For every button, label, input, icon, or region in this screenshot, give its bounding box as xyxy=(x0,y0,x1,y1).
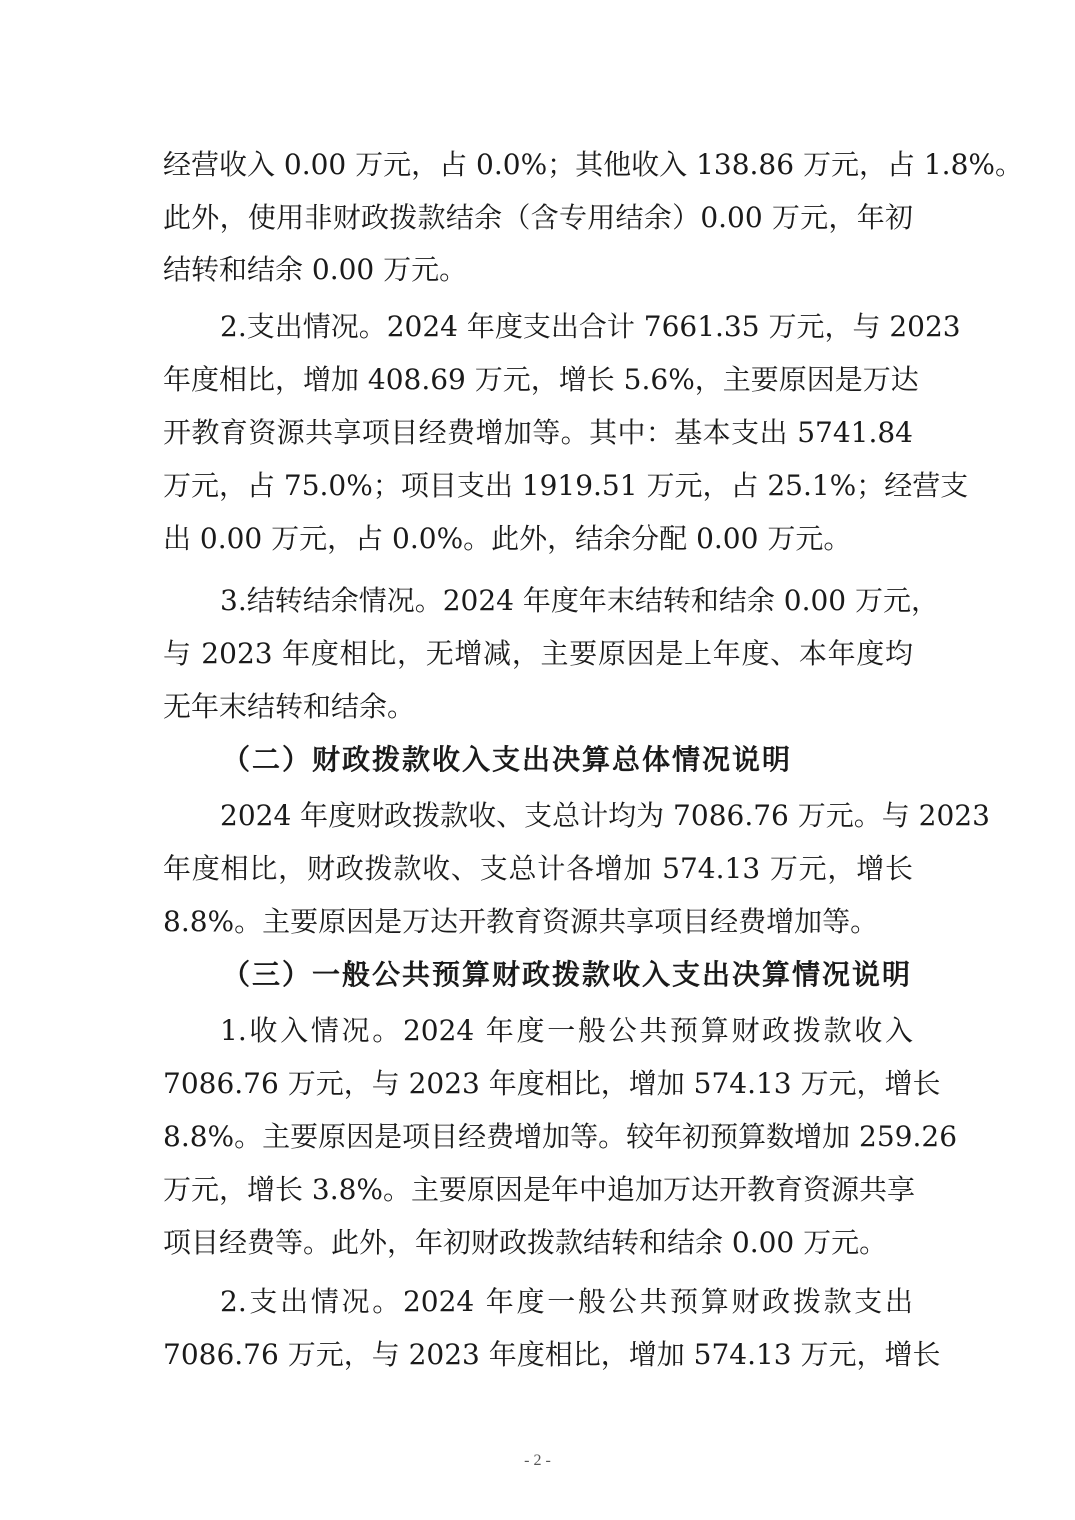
paragraph-line: 此外，使用非财政拨款结余（含专用结余）0.00 万元，年初 xyxy=(163,198,913,238)
paragraph-line: 2.支出情况。2024 年度支出合计 7661.35 万元，与 2023 xyxy=(220,307,913,347)
paragraph-line: 2024 年度财政拨款收、支总计均为 7086.76 万元。与 2023 xyxy=(220,796,913,836)
paragraph-line: 结转和结余 0.00 万元。 xyxy=(163,250,913,290)
paragraph-line: 万元，增长 3.8%。主要原因是年中追加万达开教育资源共享 xyxy=(163,1170,913,1210)
paragraph-line: 万元，占 75.0%；项目支出 1919.51 万元，占 25.1%；经营支 xyxy=(163,466,913,506)
paragraph-line: 年度相比，增加 408.69 万元，增长 5.6%，主要原因是万达 xyxy=(163,360,913,400)
paragraph-line: 8.8%。主要原因是万达开教育资源共享项目经费增加等。 xyxy=(163,902,913,942)
paragraph-line: 7086.76 万元，与 2023 年度相比，增加 574.13 万元，增长 xyxy=(163,1335,913,1375)
paragraph-line: 无年末结转和结余。 xyxy=(163,687,913,727)
paragraph-line: 3.结转结余情况。2024 年度年末结转和结余 0.00 万元， xyxy=(220,581,913,621)
paragraph-line: 年度相比，财政拨款收、支总计各增加 574.13 万元，增长 xyxy=(163,849,913,889)
paragraph-line: 经营收入 0.00 万元，占 0.0%；其他收入 138.86 万元，占 1.8… xyxy=(163,145,913,185)
section-heading: （三）一般公共预算财政拨款收入支出决算情况说明 xyxy=(222,955,912,995)
section-heading: （二）财政拨款收入支出决算总体情况说明 xyxy=(222,740,792,780)
paragraph-line: 1.收入情况。2024 年度一般公共预算财政拨款收入 xyxy=(220,1011,913,1051)
paragraph-line: 8.8%。主要原因是项目经费增加等。较年初预算数增加 259.26 xyxy=(163,1117,913,1157)
paragraph-line: 与 2023 年度相比，无增减，主要原因是上年度、本年度均 xyxy=(163,634,913,674)
page-number: - 2 - xyxy=(0,1452,1075,1470)
paragraph-line: 项目经费等。此外，年初财政拨款结转和结余 0.00 万元。 xyxy=(163,1223,913,1263)
document-page: 经营收入 0.00 万元，占 0.0%；其他收入 138.86 万元，占 1.8… xyxy=(0,0,1075,1520)
paragraph-line: 2.支出情况。2024 年度一般公共预算财政拨款支出 xyxy=(220,1282,913,1322)
paragraph-line: 7086.76 万元，与 2023 年度相比，增加 574.13 万元，增长 xyxy=(163,1064,913,1104)
paragraph-line: 开教育资源共享项目经费增加等。其中：基本支出 5741.84 xyxy=(163,413,913,453)
paragraph-line: 出 0.00 万元，占 0.0%。此外，结余分配 0.00 万元。 xyxy=(163,519,913,559)
